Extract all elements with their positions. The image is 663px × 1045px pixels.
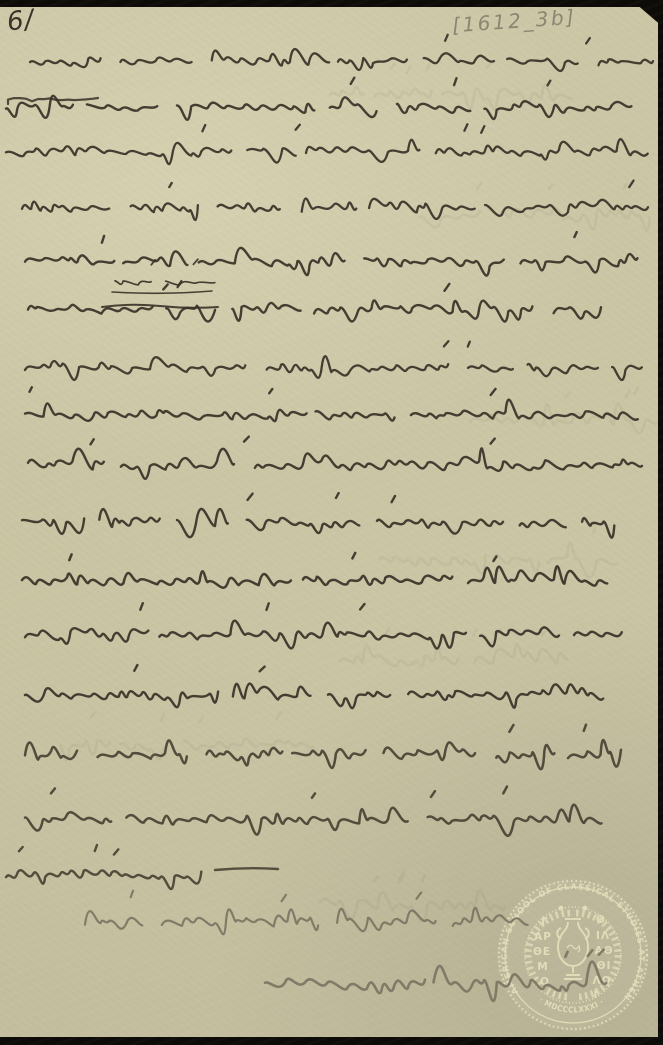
handwritten-line xyxy=(85,891,528,935)
bleed-through-mark xyxy=(330,63,572,108)
bleed-through-mark xyxy=(380,528,617,577)
bleed-through-mark xyxy=(320,872,505,922)
handwritten-line xyxy=(6,124,648,164)
handwritten-line xyxy=(22,493,614,538)
handwritten-line xyxy=(25,232,637,275)
manuscript-page: 6/ [1612_3b] xyxy=(0,0,663,1045)
handwritten-line xyxy=(28,281,601,321)
handwritten-line xyxy=(25,787,602,836)
handwritten-line xyxy=(25,725,621,769)
handwritten-line xyxy=(265,950,606,1001)
insertion-underline xyxy=(112,291,212,293)
end-dash-mark xyxy=(215,868,278,870)
handwritten-line xyxy=(25,341,642,380)
bleed-through-mark xyxy=(60,712,312,760)
handwriting-layer xyxy=(0,0,663,1045)
bleed-through-mark xyxy=(470,388,657,433)
handwritten-line xyxy=(30,35,653,71)
handwritten-line xyxy=(28,437,642,479)
handwritten-line xyxy=(6,78,631,120)
handwritten-line xyxy=(22,181,648,220)
handwritten-line xyxy=(6,845,201,889)
strikethrough-mark xyxy=(102,305,218,308)
handwritten-line xyxy=(25,603,622,648)
handwritten-line xyxy=(25,665,603,708)
